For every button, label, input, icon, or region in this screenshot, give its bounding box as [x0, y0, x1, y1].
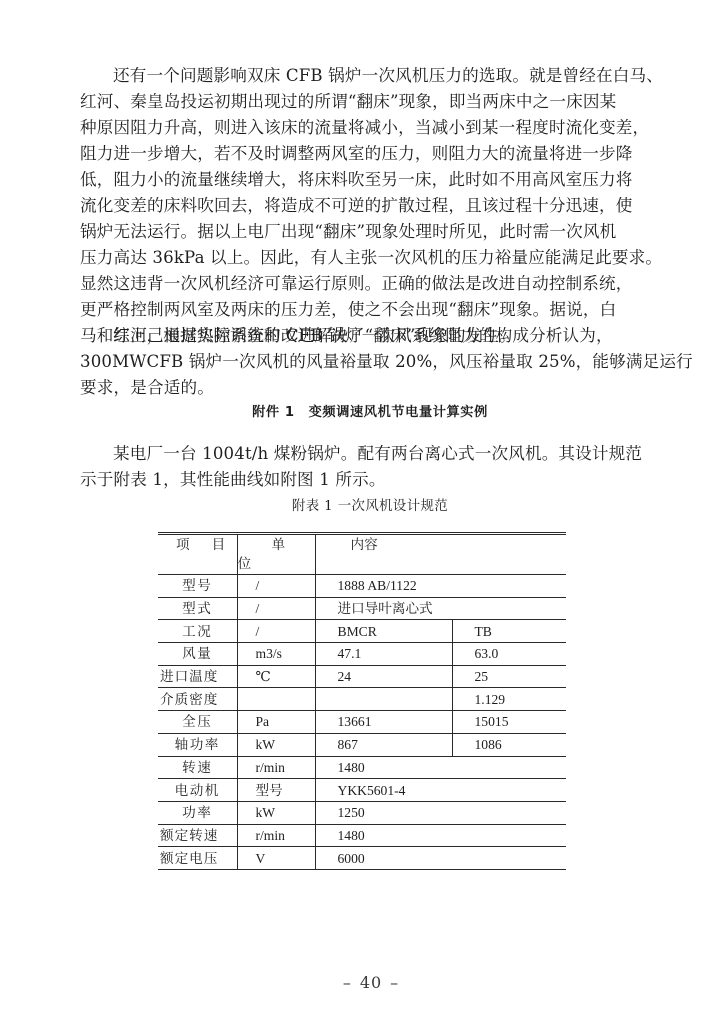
row-value-tb: 1.129 [452, 688, 566, 711]
dash-left: – [343, 972, 352, 994]
row-item: 介质密度 [158, 688, 237, 711]
row-unit: m3/s [237, 643, 315, 666]
text-line: 显然这违背一次风机经济可靠运行原则。正确的做法是改进自动控制系统， [80, 271, 660, 297]
row-item: 全压 [158, 711, 237, 734]
table-row: 型式 / 进口导叶离心式 [158, 597, 566, 620]
row-unit: r/min [237, 756, 315, 779]
row-value-bmcr [315, 688, 452, 711]
row-unit: / [237, 620, 315, 643]
text-line: 红河、秦皇岛投运初期出现过的所谓“翻床”现象，即当两床中之一床因某 [80, 89, 660, 115]
row-value-tb: 1086 [452, 733, 566, 756]
row-value: YKK5601-4 [315, 779, 566, 802]
text-line: 种原因阻力升高，则进入该床的流量将减小，当减小到某一程度时流化变差， [80, 115, 660, 141]
fan-spec-table: 项目 单位 内容 型号 / 1888 AB/1122 型式 / 进口导叶离心式 … [158, 532, 566, 870]
text-line: 阻力进一步增大，若不及时调整两风室的压力，则阻力大的流量将进一步降 [80, 141, 660, 167]
table-row: 风量 m3/s 47.1 63.0 [158, 643, 566, 666]
row-value-bmcr: BMCR [315, 620, 452, 643]
row-item: 风量 [158, 643, 237, 666]
row-value-tb: 25 [452, 665, 566, 688]
row-value-tb: 63.0 [452, 643, 566, 666]
text-line: 示于附表 1，其性能曲线如附图 1 所示。 [80, 467, 660, 493]
table-row: 型号 / 1888 AB/1122 [158, 575, 566, 598]
row-value: 1480 [315, 756, 566, 779]
row-unit: r/min [237, 824, 315, 847]
appendix-heading: 附件 1变频调速风机节电量计算实例 [0, 402, 724, 424]
row-value: 6000 [315, 847, 566, 870]
row-item: 额定转速 [158, 824, 237, 847]
row-item: 型号 [158, 575, 237, 598]
header-unit: 单位 [237, 534, 315, 575]
row-item: 功率 [158, 801, 237, 824]
table-caption: 附表 1 一次风机设计规范 [0, 497, 724, 517]
row-value: 进口导叶离心式 [315, 597, 566, 620]
row-unit: / [237, 575, 315, 598]
text-line: 综上，根据实际调查和 CFB 锅炉一次风系统阻力的构成分析认为， [80, 323, 660, 349]
row-value: 1888 AB/1122 [315, 575, 566, 598]
row-value-bmcr: 867 [315, 733, 452, 756]
table-header-row: 项目 单位 内容 [158, 534, 566, 575]
paragraph-double-bed-flip: 还有一个问题影响双床 CFB 锅炉一次风机压力的选取。就是曾经在白马、 红河、秦… [80, 63, 660, 349]
text-line: 更严格控制两风室及两床的压力差，使之不会出现“翻床”现象。据说，白 [80, 297, 660, 323]
row-item: 型式 [158, 597, 237, 620]
text-line: 低，阻力小的流量继续增大，将床料吹至另一床，此时如不用高风室压力将 [80, 167, 660, 193]
row-unit: / [237, 597, 315, 620]
row-item: 转速 [158, 756, 237, 779]
row-value: 1250 [315, 801, 566, 824]
table-row: 电动机 型号 YKK5601-4 [158, 779, 566, 802]
paragraph-example-intro: 某电厂一台 1004t/h 煤粉锅炉。配有两台离心式一次风机。其设计规范 示于附… [80, 441, 660, 493]
text-line: 300MWCFB 锅炉一次风机的风量裕量取 20%，风压裕量取 25%，能够满足… [80, 349, 660, 375]
table-row: 进口温度 ℃ 24 25 [158, 665, 566, 688]
table-row: 功率 kW 1250 [158, 801, 566, 824]
row-unit [237, 688, 315, 711]
table-row: 工况 / BMCR TB [158, 620, 566, 643]
text-line: 锅炉无法运行。据以上电厂出现“翻床”现象处理时所见，此时需一次风机 [80, 219, 660, 245]
table-row: 转速 r/min 1480 [158, 756, 566, 779]
header-content: 内容 [315, 534, 566, 575]
row-value-bmcr: 13661 [315, 711, 452, 734]
text-line: 某电厂一台 1004t/h 煤粉锅炉。配有两台离心式一次风机。其设计规范 [80, 441, 660, 467]
row-unit: kW [237, 801, 315, 824]
row-value-bmcr: 47.1 [315, 643, 452, 666]
dash-right: – [390, 972, 399, 994]
text-line: 流化变差的床料吹回去，将造成不可逆的扩散过程，且该过程十分迅速，使 [80, 193, 660, 219]
row-unit: V [237, 847, 315, 870]
row-item: 工况 [158, 620, 237, 643]
row-unit: ℃ [237, 665, 315, 688]
table-row: 轴功率 kW 867 1086 [158, 733, 566, 756]
row-unit: 型号 [237, 779, 315, 802]
appendix-title: 变频调速风机节电量计算实例 [309, 405, 488, 420]
row-unit: kW [237, 733, 315, 756]
row-item: 轴功率 [158, 733, 237, 756]
paragraph-summary: 综上，根据实际调查和 CFB 锅炉一次风系统阻力的构成分析认为， 300MWCF… [80, 323, 660, 401]
appendix-label: 附件 1 [252, 405, 295, 420]
text-line: 要求，是合适的。 [80, 375, 660, 401]
page-number-value: 40 [360, 973, 382, 992]
text-line: 还有一个问题影响双床 CFB 锅炉一次风机压力的选取。就是曾经在白马、 [80, 63, 660, 89]
row-value: 1480 [315, 824, 566, 847]
row-item: 额定电压 [158, 847, 237, 870]
row-unit: Pa [237, 711, 315, 734]
header-item: 项目 [158, 534, 237, 575]
table-row: 额定转速 r/min 1480 [158, 824, 566, 847]
table-row: 全压 Pa 13661 15015 [158, 711, 566, 734]
row-item: 进口温度 [158, 665, 237, 688]
row-value-tb: TB [452, 620, 566, 643]
table-row: 额定电压 V 6000 [158, 847, 566, 870]
row-value-bmcr: 24 [315, 665, 452, 688]
row-item: 电动机 [158, 779, 237, 802]
page-number: –40– [0, 972, 724, 994]
row-value-tb: 15015 [452, 711, 566, 734]
document-page: 还有一个问题影响双床 CFB 锅炉一次风机压力的选取。就是曾经在白马、 红河、秦… [0, 0, 724, 1024]
text-line: 压力高达 36kPa 以上。因此，有人主张一次风机的压力裕量应能满足此要求。 [80, 245, 660, 271]
table-row: 介质密度 1.129 [158, 688, 566, 711]
